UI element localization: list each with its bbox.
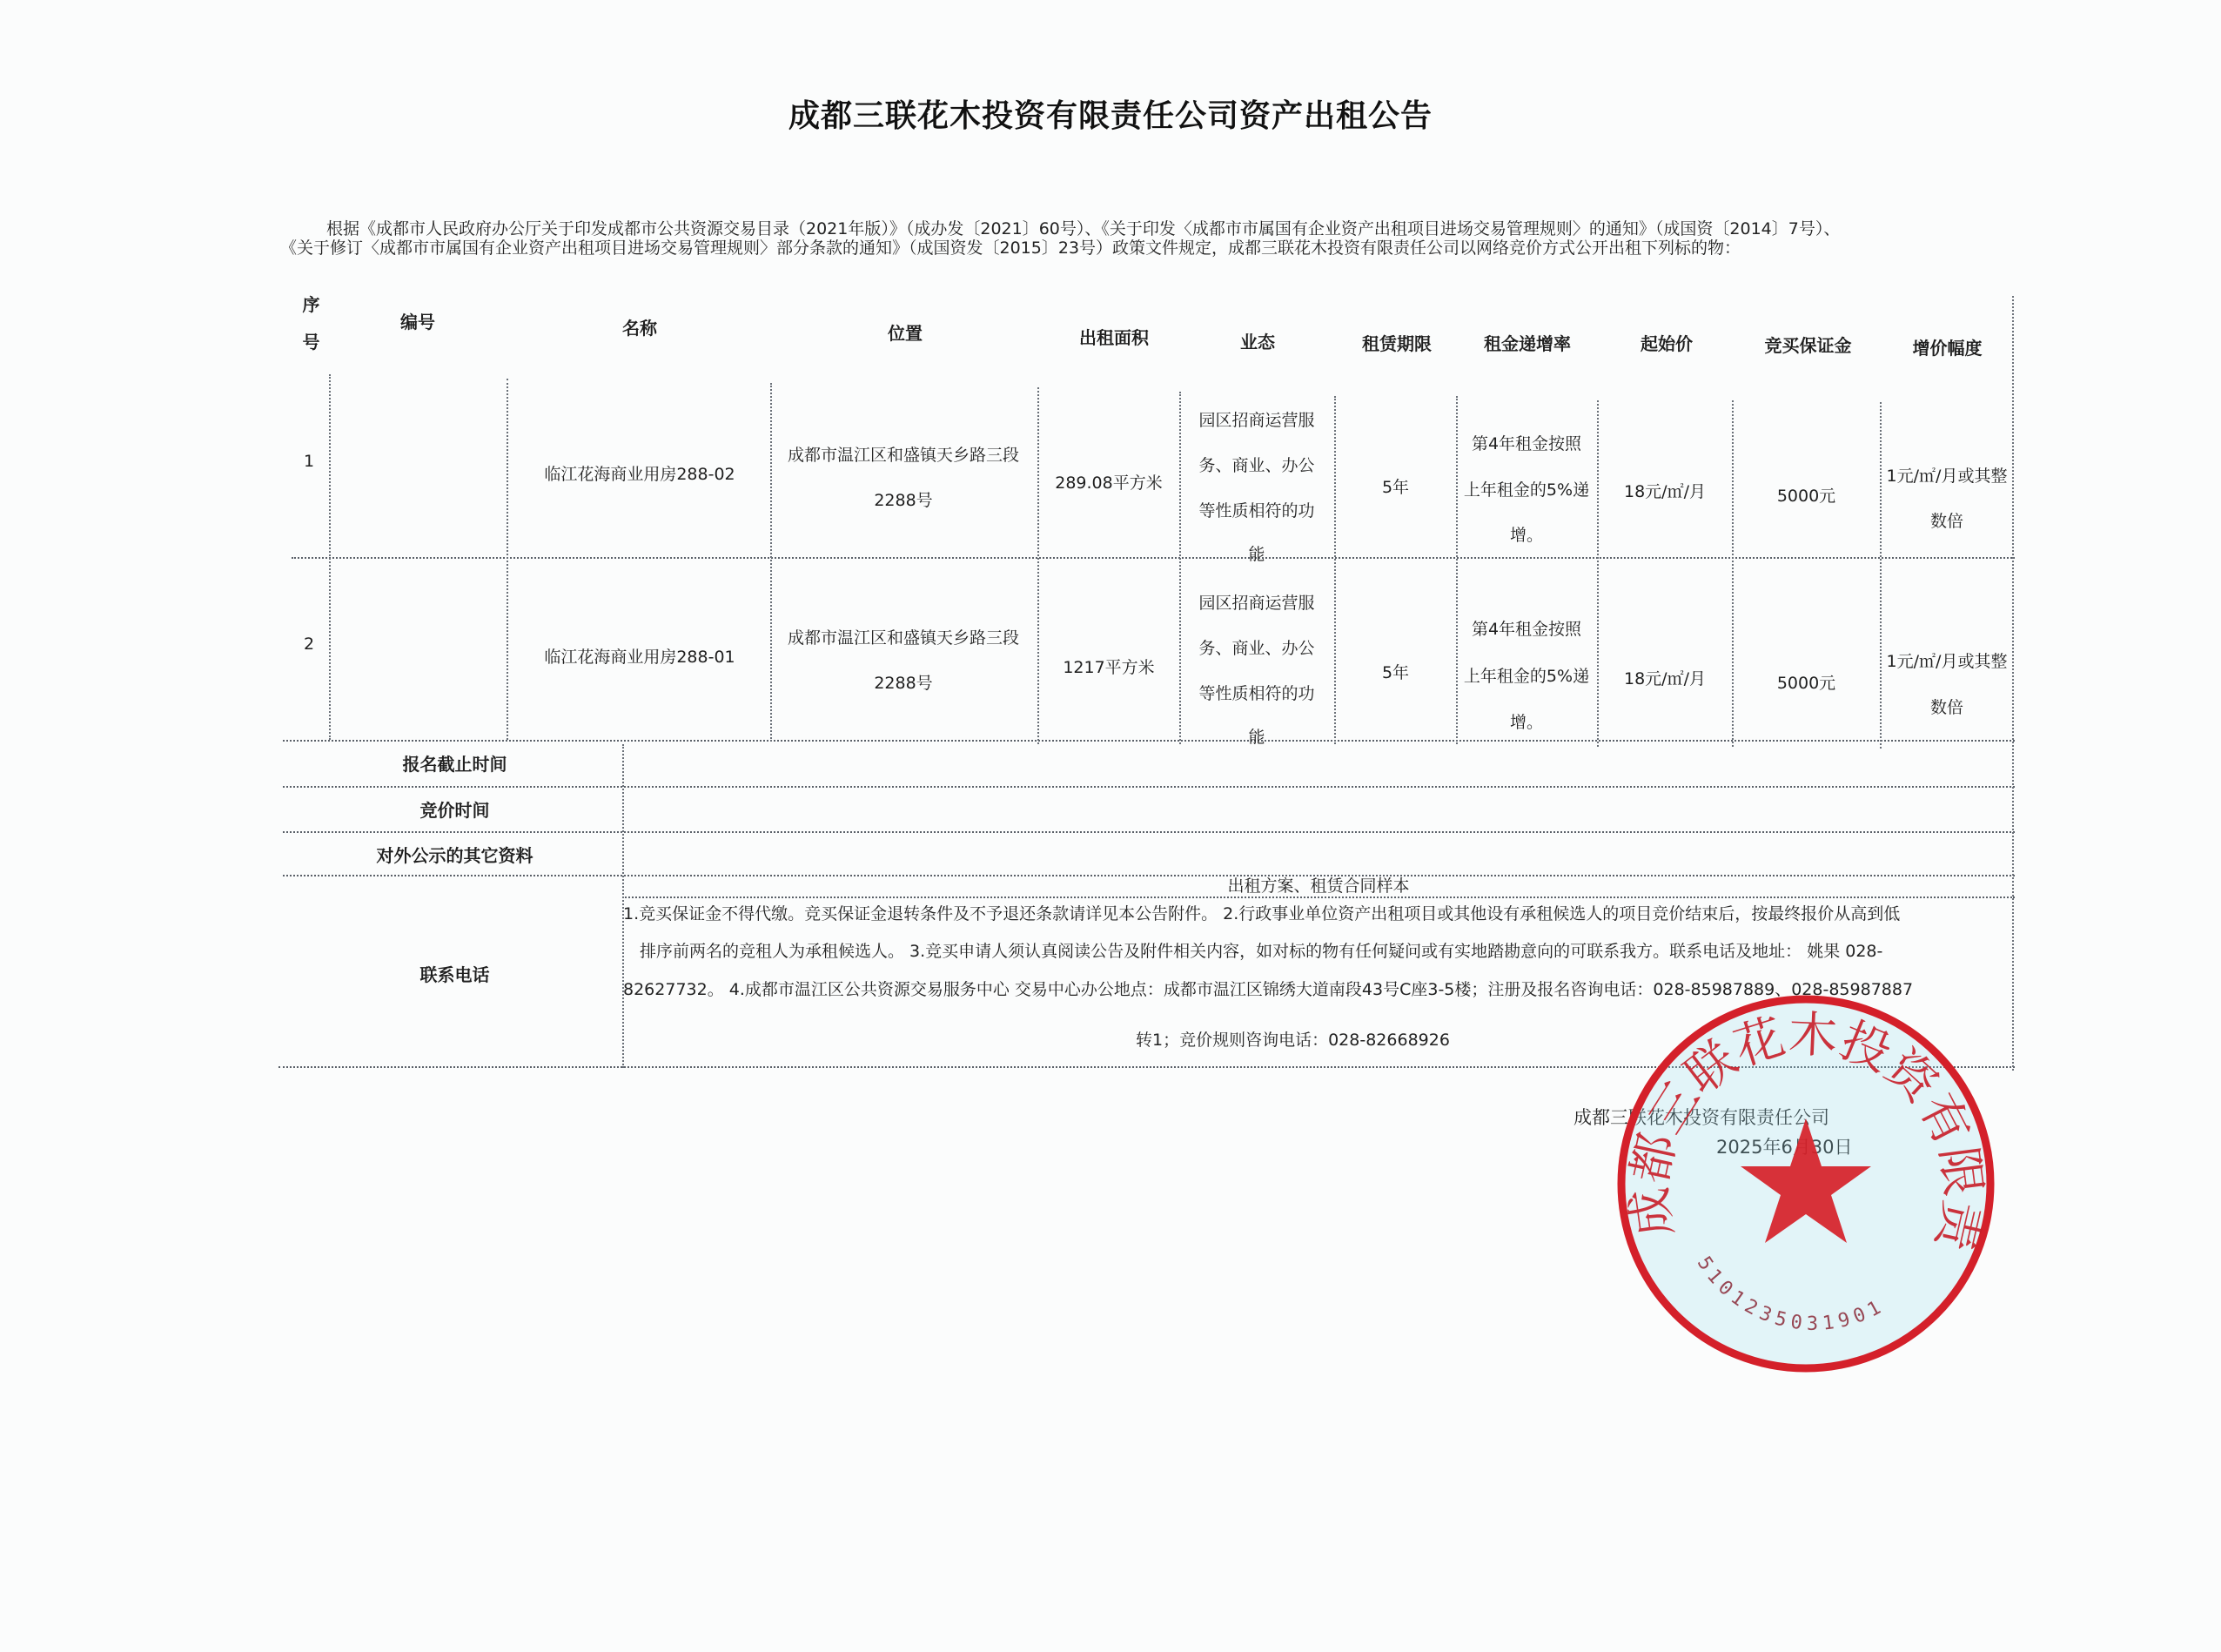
row-location-line: 2288号 <box>773 479 1034 522</box>
document-title: 成都三联花木投资有限责任公司资产出租公告 <box>0 91 2221 136</box>
row-code <box>331 440 505 483</box>
row-step-line: 数倍 <box>1882 500 2011 543</box>
row-step-line: 1元/㎡/月或其整 <box>1882 454 2011 498</box>
deadline-label: 报名截止时间 <box>287 744 622 783</box>
contact-label: 联系电话 <box>287 953 622 997</box>
row-step-line: 数倍 <box>1882 686 2011 729</box>
col-divider <box>1732 400 1734 747</box>
row-increase-line: 增。 <box>1458 514 1595 557</box>
header-deposit: 竞买保证金 <box>1736 324 1880 367</box>
header-location: 位置 <box>835 312 975 355</box>
deadline-value <box>627 744 2010 783</box>
row-step-line: 1元/㎡/月或其整 <box>1882 640 2011 683</box>
other-materials-label: 对外公示的其它资料 <box>287 836 622 875</box>
contact-note-line: 82627732。 4.成都市温江区公共资源交易服务中心 交易中心办公地点：成都… <box>623 977 1913 1000</box>
row-usage-line: 等性质相符的功 <box>1182 489 1332 533</box>
row-code <box>331 622 505 666</box>
row-divider <box>283 786 2015 788</box>
row-divider <box>283 831 2015 833</box>
col-divider <box>1334 396 1336 744</box>
row-name: 临江花海商业用房288-02 <box>509 453 770 496</box>
row-divider <box>292 557 2015 559</box>
col-divider <box>1597 400 1599 747</box>
auction-time-label: 竞价时间 <box>287 790 622 829</box>
row-location-line: 2288号 <box>773 661 1034 705</box>
row-increase-line: 增。 <box>1458 701 1595 744</box>
row-increase-line: 上年租金的5%递 <box>1458 468 1595 512</box>
row-deposit: 5000元 <box>1735 474 1878 518</box>
row-usage-line: 园区招商运营服 <box>1182 399 1332 442</box>
row-area: 289.08平方米 <box>1040 461 1178 505</box>
row-term: 5年 <box>1337 651 1454 695</box>
contact-note-line: 1.竞买保证金不得代缴。竞买保证金退转条件及不予退还条款请详见本公告附件。 2.… <box>623 901 1900 924</box>
row-increase-line: 第4年租金按照 <box>1458 422 1595 466</box>
contact-note-line: 转1；竞价规则咨询电话：028-82668926 <box>1136 1027 1450 1051</box>
row-usage-line: 务、商业、办公 <box>1182 444 1332 487</box>
table-right-border <box>2012 296 2014 1071</box>
row-divider <box>278 1066 2015 1068</box>
row-start-price: 18元/㎡/月 <box>1600 470 1730 514</box>
row-usage-line: 能 <box>1182 533 1332 576</box>
contact-note-line: 排序前两名的竞租人为承租候选人。 3.竞买申请人须认真阅读公告及附件相关内容，如… <box>640 938 1882 962</box>
col-divider <box>1037 387 1039 744</box>
auction-time-value <box>627 790 2010 829</box>
row-seq: 1 <box>292 440 326 483</box>
row-usage-line: 等性质相符的功 <box>1182 672 1332 715</box>
header-term: 租赁期限 <box>1340 322 1453 366</box>
row-location-line: 成都市温江区和盛镇天乡路三段 <box>773 616 1034 660</box>
header-start-price: 起始价 <box>1606 322 1728 366</box>
col-divider <box>1880 402 1882 749</box>
signature-date: 2025年6月30日 <box>1716 1133 1853 1159</box>
row-start-price: 18元/㎡/月 <box>1600 657 1730 701</box>
col-divider <box>507 379 508 740</box>
row-increase-line: 第4年租金按照 <box>1458 608 1595 651</box>
intro-paragraph-line-2: 《关于修订〈成都市市属国有企业资产出租项目进场交易管理规则〉部分条款的通知》（成… <box>280 235 1741 259</box>
svg-text:5101235031901: 5101235031901 <box>1693 1252 1889 1334</box>
header-name: 名称 <box>566 306 714 350</box>
row-usage-line: 园区招商运营服 <box>1182 581 1332 625</box>
signature-company: 成都三联花木投资有限责任公司 <box>1573 1104 1829 1130</box>
other-materials-value: 出租方案、租赁合同样本 <box>627 874 2010 898</box>
row-name: 临江花海商业用房288-01 <box>509 635 770 679</box>
row-increase-line: 上年租金的5%递 <box>1458 655 1595 698</box>
row-location-line: 成都市温江区和盛镇天乡路三段 <box>773 433 1034 477</box>
row-seq: 2 <box>292 622 326 666</box>
header-usage: 业态 <box>1201 320 1314 364</box>
seal-code: 5101235031901 <box>1693 1252 1889 1334</box>
row-term: 5年 <box>1337 466 1454 509</box>
col-divider <box>1179 392 1181 744</box>
company-seal-icon: 成都三联花木投资有限责任公司 5101235031901 <box>1610 988 2002 1380</box>
row-usage-line: 务、商业、办公 <box>1182 627 1332 670</box>
col-divider <box>329 374 331 740</box>
row-area: 1217平方米 <box>1040 646 1178 689</box>
header-seq-bottom: 号 <box>292 320 331 364</box>
col-divider <box>770 383 772 742</box>
row-deposit: 5000元 <box>1735 661 1878 705</box>
header-area: 出租面积 <box>1053 316 1175 359</box>
header-increase: 租金递增率 <box>1462 322 1593 366</box>
header-code: 编号 <box>366 300 470 344</box>
row-divider <box>283 740 2015 742</box>
header-step: 增价幅度 <box>1884 326 2010 370</box>
